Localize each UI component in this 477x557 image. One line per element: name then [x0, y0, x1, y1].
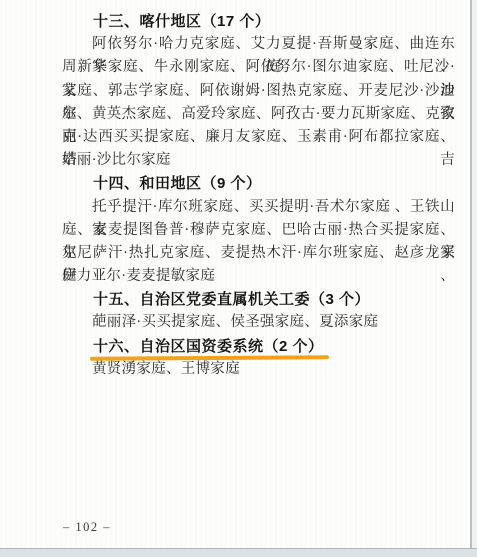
- page-number: – 102 –: [63, 520, 111, 535]
- section-heading-text: 十四、和田地区（9 个）: [93, 175, 262, 192]
- text-line: 葩丽泽·买买提家庭、侯圣强家庭、夏添家庭: [62, 311, 455, 334]
- text-line: 阿依努尔·哈力克家庭、艾力夏提·吾斯曼家庭、曲连东家庭、: [62, 33, 455, 56]
- page-right-edge: [470, 0, 472, 549]
- text-line: 周新华家庭、牛永刚家庭、阿依努尔·图尔迪家庭、吐尼沙·艾沙: [62, 56, 455, 79]
- section-heading-text: 十五、自治区党委直属机关工委（3 个）: [93, 291, 370, 308]
- text-line: 托乎提汗·库尔班家庭、买买提明·吾术尔家庭 、王铁山家: [62, 196, 455, 219]
- section-heading-kashgar: 十三、喀什地区（17 个）: [62, 10, 455, 33]
- page-right-margin: [472, 0, 477, 549]
- text-line: 家庭、郭志学家庭、阿依谢姆·图热克家庭、开麦尼沙·沙迪尔家: [62, 80, 455, 103]
- text-line: 尔尼萨汗·热扎克家庭、麦提热木汗·库尔班家庭、赵彦龙家庭、: [62, 242, 455, 265]
- section-heading-text: 十六、自治区国资委系统（2 个）: [93, 338, 324, 355]
- section-heading-sasac: 十六、自治区国资委系统（2 个）: [62, 335, 455, 358]
- text-line: 庭、麦麦提图鲁普·穆萨克家庭、巴哈古丽·热合买提家庭、克买: [62, 219, 455, 242]
- text-line: 克·达西买买提家庭、廉月友家庭、玉素甫·阿布都拉家庭、塔吉: [62, 126, 455, 149]
- text-line: 庭、黄英杰家庭、高爱玲家庭、阿孜古·要力瓦斯家庭、克孜丽: [62, 103, 455, 126]
- section-heading-hotan: 十四、和田地区（9 个）: [62, 172, 455, 195]
- text-line: 黄贤湧家庭、王博家庭: [62, 358, 455, 381]
- page-bottom-edge: [0, 548, 477, 557]
- section-heading-party-committee: 十五、自治区党委直属机关工委（3 个）: [62, 288, 455, 311]
- document-page: 十三、喀什地区（17 个） 阿依努尔·哈力克家庭、艾力夏提·吾斯曼家庭、曲连东家…: [0, 0, 477, 557]
- section-heading-text: 十三、喀什地区（17 个）: [93, 13, 270, 30]
- document-content: 十三、喀什地区（17 个） 阿依努尔·哈力克家庭、艾力夏提·吾斯曼家庭、曲连东家…: [62, 10, 455, 381]
